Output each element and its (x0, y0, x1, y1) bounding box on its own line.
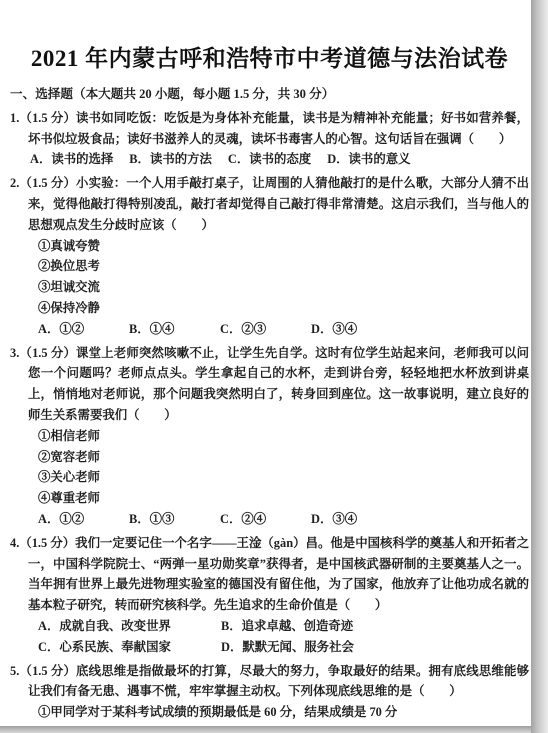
question-1-options: A．读书的选择B．读书的方法C．读书的态度D．读书的意义 (10, 149, 529, 170)
q1-option-d: D．读书的意义 (327, 152, 410, 166)
q4-option-b: B．追求卓越、创造奇迹 (221, 616, 353, 637)
q4-option-a: A．成就自我、改变世界 (38, 616, 221, 637)
question-2-stem: 2.（1.5 分）小实验：一个人用手敲打桌子，让周围的人猜他敲打的是什么歌，大部… (10, 173, 529, 235)
q3-option-d: D．③④ (311, 509, 402, 530)
q3-choice-3: ③关心老师 (10, 467, 529, 488)
q1-option-c: C．读书的态度 (228, 152, 311, 166)
document-viewport: 2021 年内蒙古呼和浩特市中考道德与法治试卷 一、选择题（本大题共 20 小题… (0, 0, 548, 733)
page-title: 2021 年内蒙古呼和浩特市中考道德与法治试卷 (10, 44, 529, 74)
q2-choice-1: ①真诚夸赞 (10, 236, 529, 257)
q1-option-a: A．读书的选择 (30, 152, 113, 166)
q3-option-b: B．①③ (129, 509, 220, 530)
question-1-stem: 1.（1.5 分）读书如同吃饭：吃饭是为身体补充能量，读书是为精神补充能量；好书… (10, 108, 529, 150)
q2-choice-3: ③坦诚交流 (10, 277, 529, 298)
question-3-options: A．①②B．①③C．②④D．③④ (10, 509, 529, 530)
q3-choice-1: ①相信老师 (10, 426, 529, 447)
q2-option-b: B．①④ (129, 319, 220, 340)
page-edge-shadow-right (531, 0, 548, 733)
question-2: 2.（1.5 分）小实验：一个人用手敲打桌子，让周围的人猜他敲打的是什么歌，大部… (10, 173, 529, 339)
question-3-stem: 3.（1.5 分）课堂上老师突然咳嗽不止，让学生先自学。这时有位学生站起来问，老… (10, 343, 529, 426)
q4-option-c: C．心系民族、奉献国家 (38, 637, 221, 658)
q2-option-c: C．②③ (220, 319, 311, 340)
question-4-stem: 4.（1.5 分）我们一定要记住一个名字——王淦（gàn）昌。他是中国核科学的奠… (10, 533, 529, 616)
q2-choice-2: ②换位思考 (10, 256, 529, 277)
question-1: 1.（1.5 分）读书如同吃饭：吃饭是为身体补充能量，读书是为精神补充能量；好书… (10, 108, 529, 170)
question-5: 5.（1.5 分）底线思维是指做最坏的打算，尽最大的努力，争取最好的结果。拥有底… (10, 661, 529, 723)
exam-paper-page: 2021 年内蒙古呼和浩特市中考道德与法治试卷 一、选择题（本大题共 20 小题… (0, 0, 531, 726)
q3-choice-2: ②宽容老师 (10, 447, 529, 468)
q2-option-a: A．①② (38, 319, 129, 340)
question-4-options: A．成就自我、改变世界B．追求卓越、创造奇迹C．心系民族、奉献国家D．默默无闻、… (10, 616, 529, 658)
q2-choice-4: ④保持冷静 (10, 298, 529, 319)
q1-option-b: B．读书的方法 (129, 152, 212, 166)
question-4: 4.（1.5 分）我们一定要记住一个名字——王淦（gàn）昌。他是中国核科学的奠… (10, 533, 529, 658)
section-header: 一、选择题（本大题共 20 小题，每小题 1.5 分，共 30 分） (10, 84, 529, 105)
question-5-stem: 5.（1.5 分）底线思维是指做最坏的打算，尽最大的努力，争取最好的结果。拥有底… (10, 661, 529, 703)
page-edge-shadow-bottom (0, 726, 531, 733)
question-3: 3.（1.5 分）课堂上老师突然咳嗽不止，让学生先自学。这时有位学生站起来问，老… (10, 343, 529, 530)
q5-choice-1: ①甲同学对于某科考试成绩的预期最低是 60 分，结果成绩是 70 分 (10, 702, 529, 723)
question-2-options: A．①②B．①④C．②③D．③④ (10, 319, 529, 340)
q2-option-d: D．③④ (311, 319, 402, 340)
q4-option-d: D．默默无闻、服务社会 (221, 637, 354, 658)
q3-option-a: A．①② (38, 509, 129, 530)
q3-choice-4: ④尊重老师 (10, 488, 529, 509)
q3-option-c: C．②④ (220, 509, 311, 530)
